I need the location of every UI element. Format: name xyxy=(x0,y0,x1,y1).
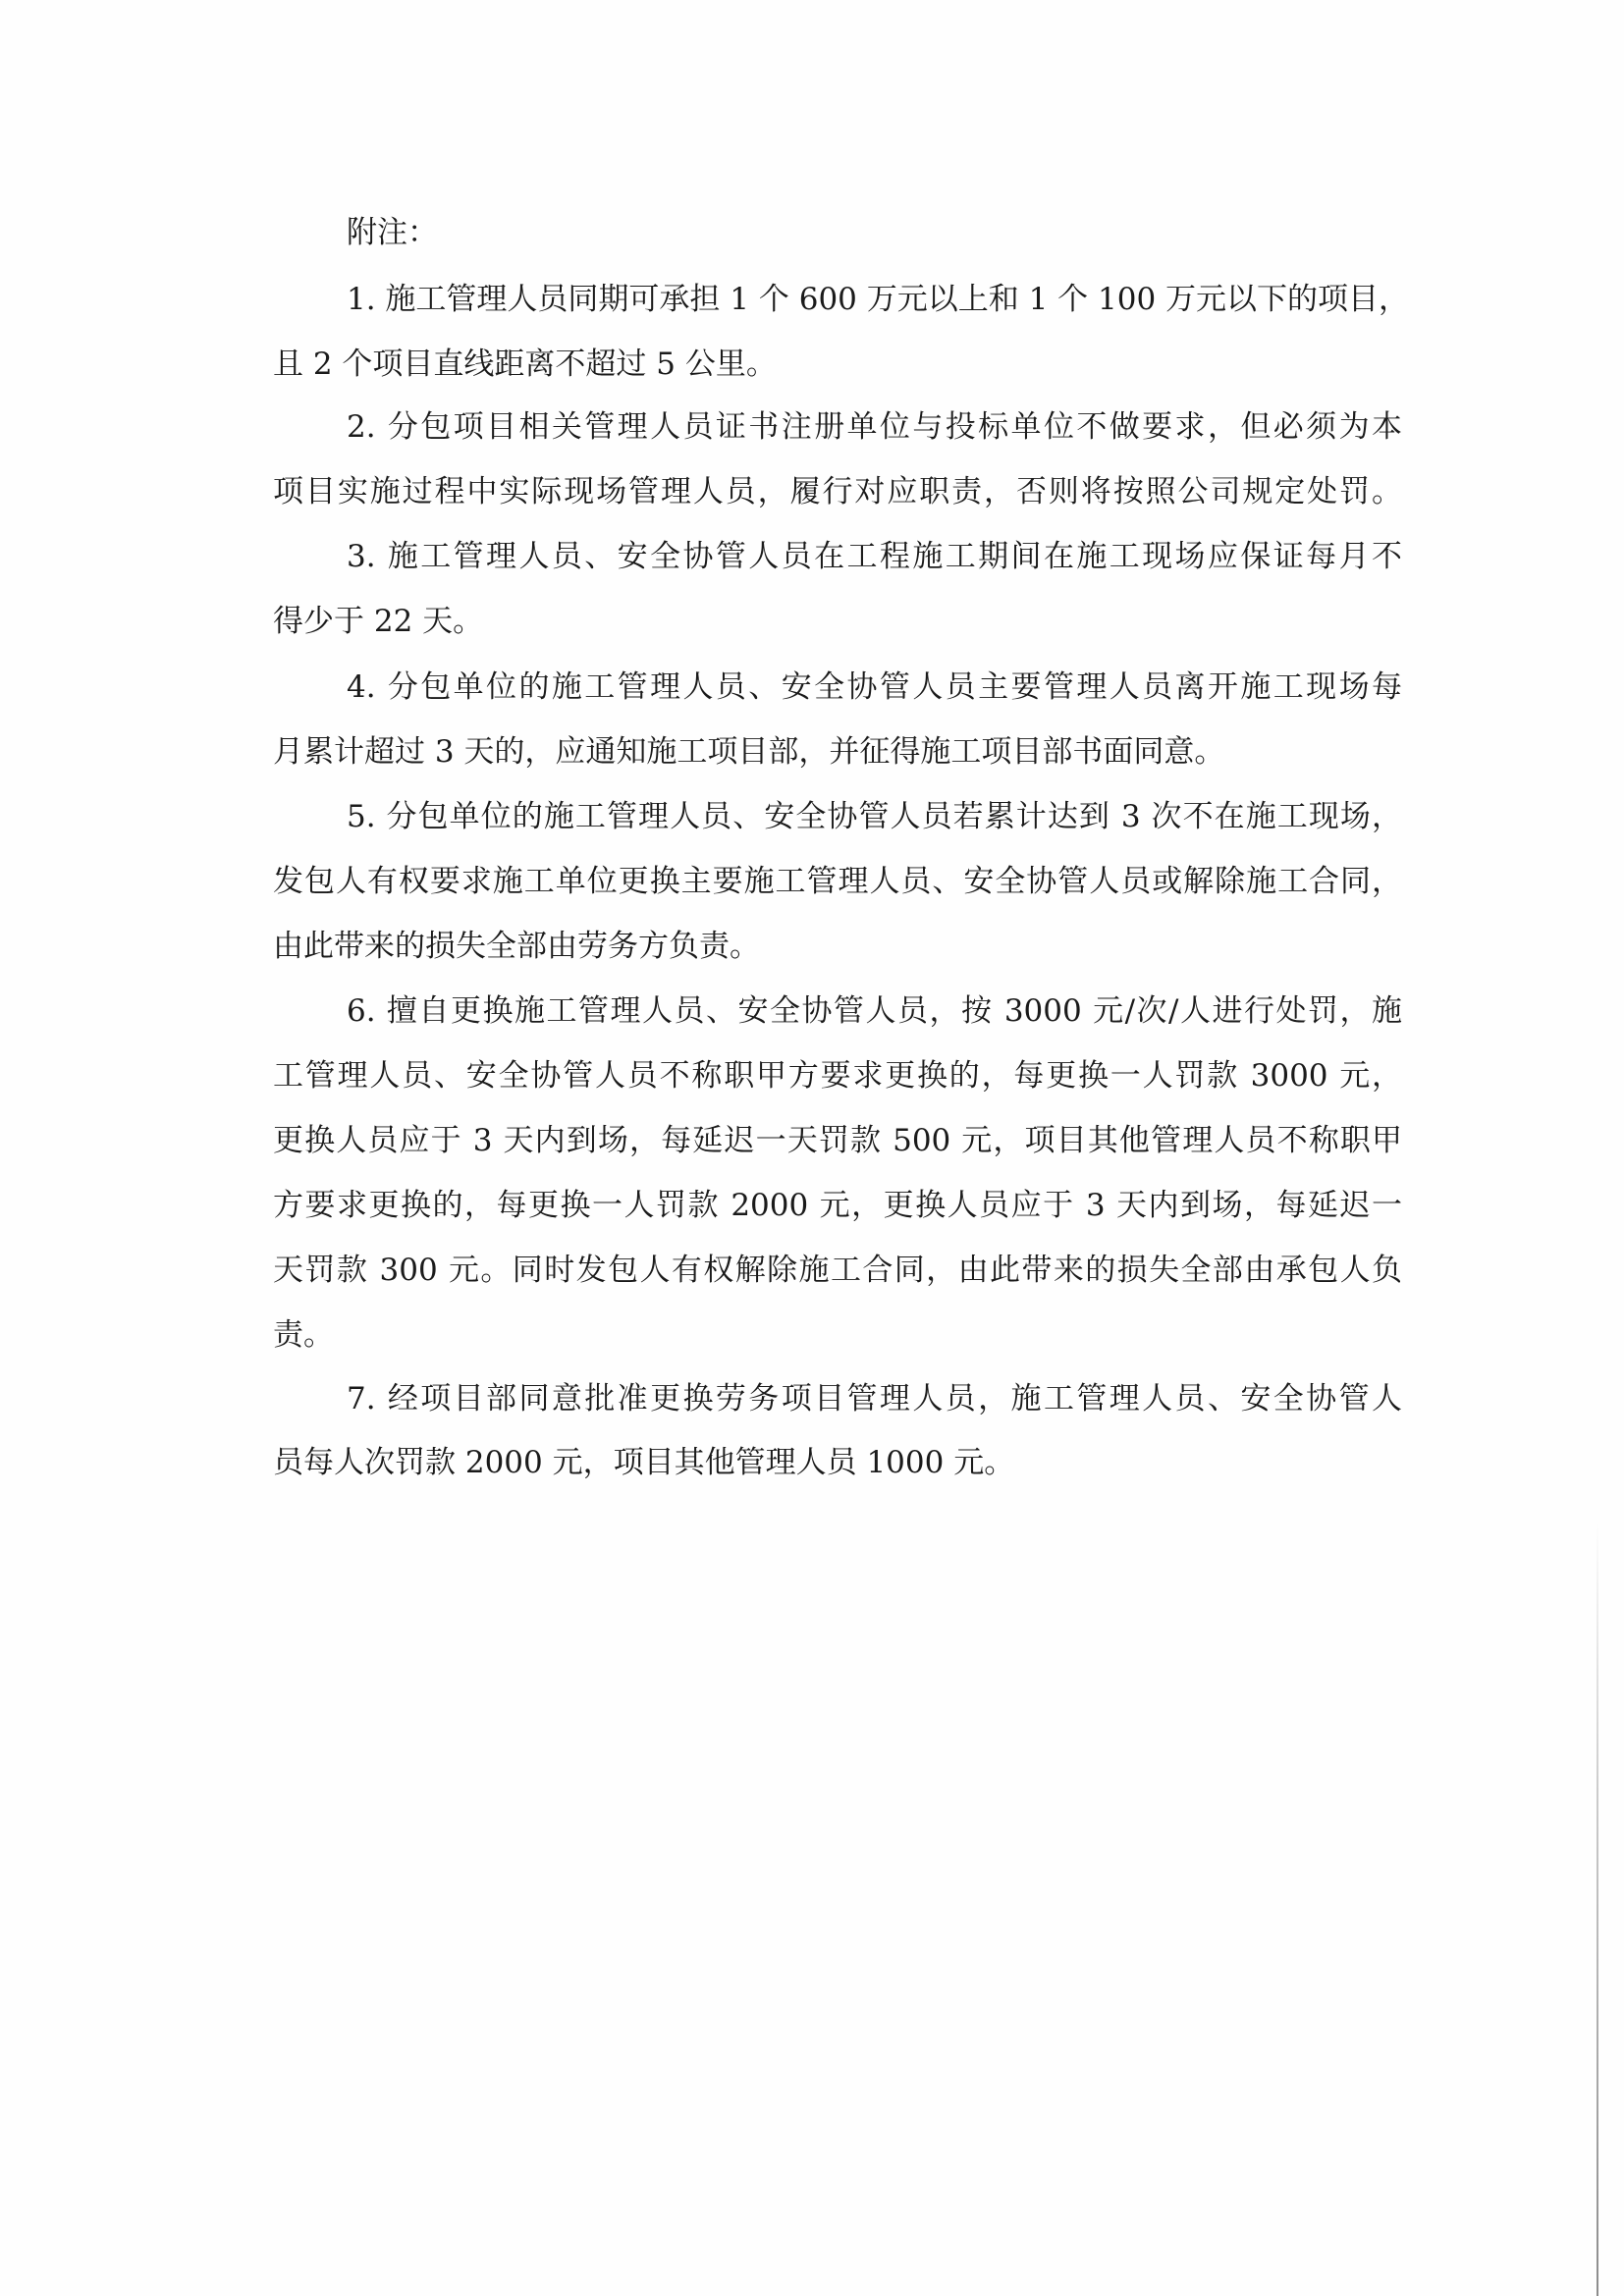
note-line: 项目实施过程中实际现场管理人员，履行对应职责，否则将按照公司规定处罚。 xyxy=(273,472,1402,511)
note-line: 6. 擅自更换施工管理人员、安全协管人员，按 3000 元/次/人进行处罚，施 xyxy=(347,991,1402,1031)
note-line: 天罚款 300 元。同时发包人有权解除施工合同，由此带来的损失全部由承包人负 xyxy=(273,1251,1402,1290)
notes-heading: 附注： xyxy=(347,213,438,252)
note-line: 更换人员应于 3 天内到场，每延迟一天罚款 500 元，项目其他管理人员不称职甲 xyxy=(273,1121,1402,1160)
note-line: 4. 分包单位的施工管理人员、安全协管人员主要管理人员离开施工现场每 xyxy=(347,667,1402,707)
note-line: 责。 xyxy=(273,1315,1402,1355)
note-line: 月累计超过 3 天的，应通知施工项目部，并征得施工项目部书面同意。 xyxy=(273,732,1402,772)
note-line: 由此带来的损失全部由劳务方负责。 xyxy=(273,927,1402,966)
note-line: 7. 经项目部同意批准更换劳务项目管理人员，施工管理人员、安全协管人 xyxy=(347,1379,1402,1418)
note-line: 5. 分包单位的施工管理人员、安全协管人员若累计达到 3 次不在施工现场， xyxy=(347,797,1402,836)
note-line: 得少于 22 天。 xyxy=(273,602,1402,641)
note-line: 且 2 个项目直线距离不超过 5 公里。 xyxy=(273,345,1402,384)
note-line: 2. 分包项目相关管理人员证书注册单位与投标单位不做要求，但必须为本 xyxy=(347,407,1402,447)
note-line: 1. 施工管理人员同期可承担 1 个 600 万元以上和 1 个 100 万元以… xyxy=(347,280,1402,319)
note-line: 发包人有权要求施工单位更换主要施工管理人员、安全协管人员或解除施工合同， xyxy=(273,862,1402,901)
document-page: 附注： 1. 施工管理人员同期可承担 1 个 600 万元以上和 1 个 100… xyxy=(0,0,1624,2296)
note-line: 员每人次罚款 2000 元，项目其他管理人员 1000 元。 xyxy=(273,1443,1402,1482)
scan-artifact-line xyxy=(1597,1522,1598,2296)
note-line: 3. 施工管理人员、安全协管人员在工程施工期间在施工现场应保证每月不 xyxy=(347,537,1402,576)
note-line: 工管理人员、安全协管人员不称职甲方要求更换的，每更换一人罚款 3000 元， xyxy=(273,1056,1402,1095)
note-line: 方要求更换的，每更换一人罚款 2000 元，更换人员应于 3 天内到场，每延迟一 xyxy=(273,1186,1402,1225)
